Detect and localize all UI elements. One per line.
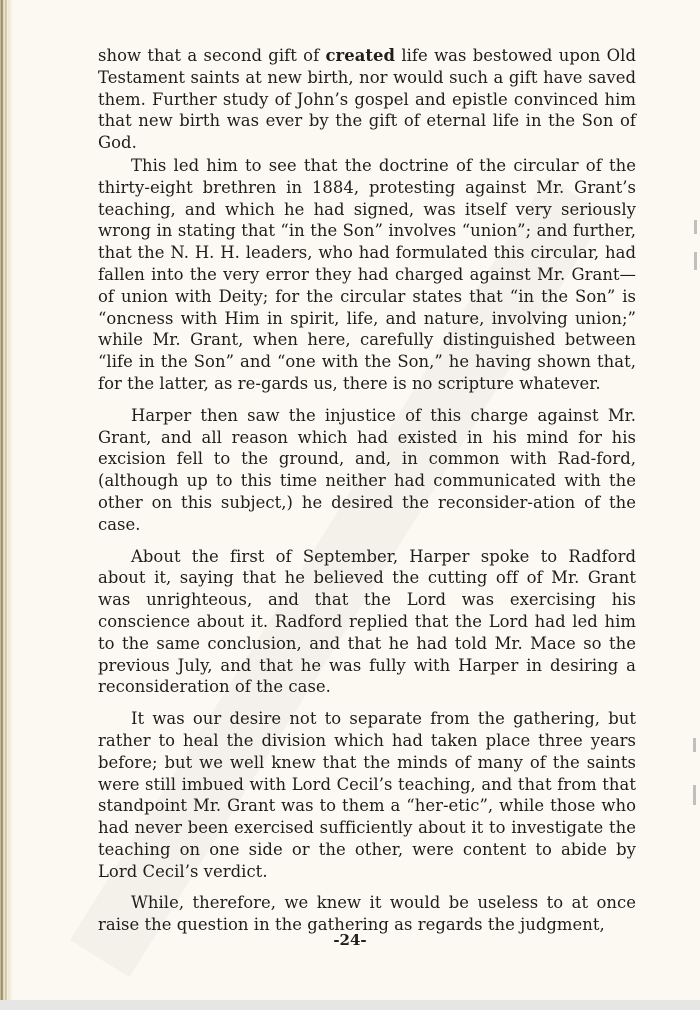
paragraph-6: While, therefore, we knew it would be us… [98, 892, 636, 936]
scan-artifact-mark [693, 785, 696, 805]
scan-artifact-mark [694, 220, 697, 234]
scan-artifact-mark [694, 252, 697, 270]
paragraph-1: show that a second gift of created life … [98, 45, 636, 154]
body-text: show that a second gift of created life … [98, 45, 636, 936]
paragraph-5: It was our desire not to separate from t… [98, 708, 636, 882]
page-number: -24- [0, 931, 700, 949]
scan-artifact-mark [693, 738, 696, 752]
paragraph-4: About the first of September, Harper spo… [98, 546, 636, 699]
book-page-edges [0, 0, 14, 1000]
emphasized-word-created: created [326, 46, 395, 65]
paragraph-3: Harper then saw the injustice of this ch… [98, 405, 636, 536]
paragraph-2: This led him to see that the doctrine of… [98, 155, 636, 395]
paragraph-1-part-1: show that a second gift of [98, 46, 326, 65]
scanned-page: show that a second gift of created life … [0, 0, 700, 1000]
scan-bottom-margin [0, 1000, 700, 1010]
